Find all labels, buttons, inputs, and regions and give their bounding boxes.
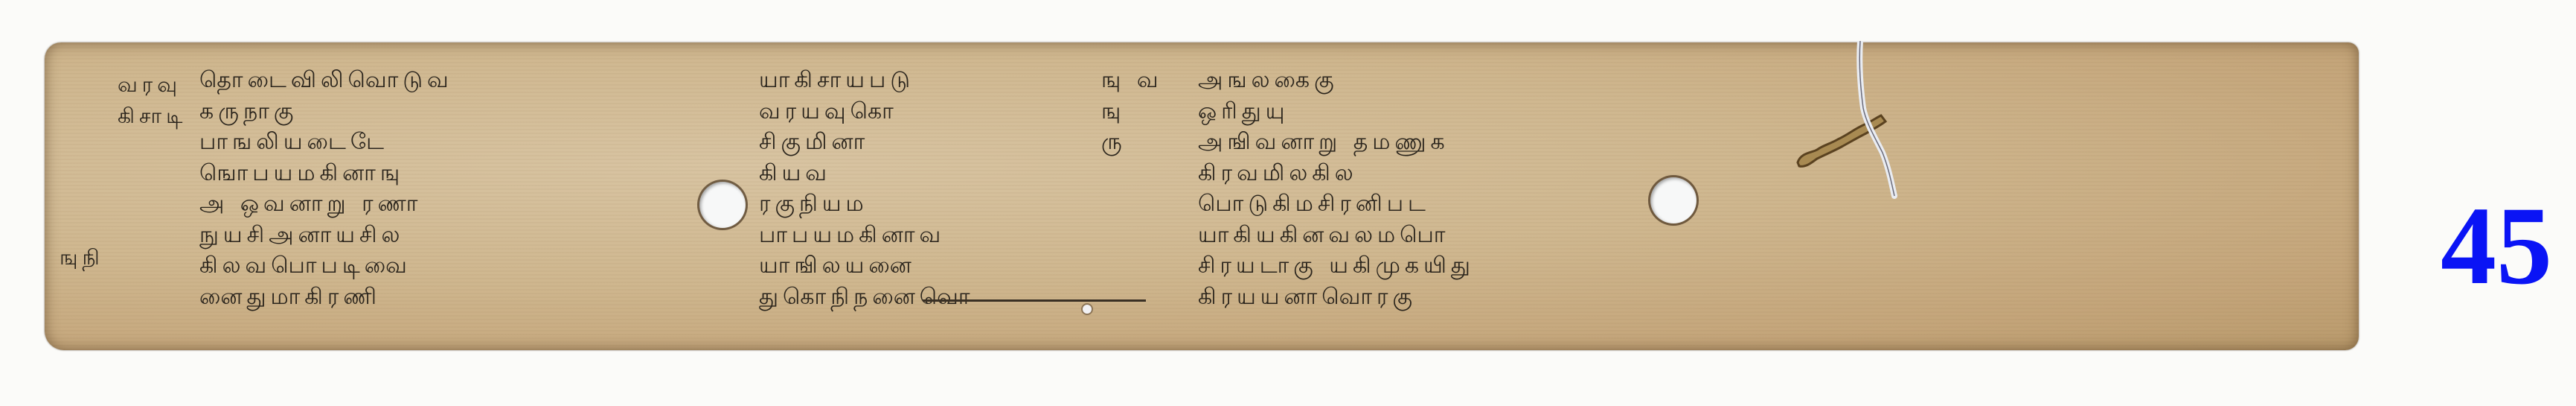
- margin-notes-middle: ஙுநி: [60, 242, 104, 273]
- text-line: கருநாகு: [199, 96, 453, 127]
- margin-note: கிசாடி: [118, 101, 187, 132]
- text-line: ஙு வ: [1101, 65, 1163, 96]
- text-line: ரகுநியம: [759, 188, 975, 220]
- text-line: பாஙலியடைடே: [199, 127, 453, 158]
- pin-hole: [1083, 305, 1092, 314]
- text-line: சிகுமினா: [759, 127, 975, 158]
- text-line: பாபயமகினாவ: [759, 220, 975, 251]
- text-column-3: அஙலகைகு ஒரிதுயு அஙிவனாறு தமணுக கிரவமிலகி…: [1198, 65, 1475, 312]
- palm-leaf: வரவு கிசாடி ஙுநி தொடைவிலிவொடுவ கருநாகு ப…: [45, 42, 2359, 350]
- text-line: பொடுகிமசிரனிபட: [1198, 188, 1475, 220]
- ruled-line: [923, 299, 1146, 302]
- text-column-2: யாகிசாயபடு வரயவுகொ சிகுமினா கியவ ரகுநியம…: [759, 65, 975, 312]
- text-column-1: தொடைவிலிவொடுவ கருநாகு பாஙலியடைடே ஙொபயமகி…: [199, 65, 453, 312]
- string-hole-left: [699, 182, 746, 228]
- text-line: யாஙிலயனை: [759, 250, 975, 282]
- text-line: ஙு: [1101, 96, 1163, 127]
- text-line: அஙலகைகு: [1198, 65, 1475, 96]
- text-line: வரயவுகொ: [759, 96, 975, 127]
- text-line: அ ஒவனாறு ரணா: [199, 188, 453, 220]
- page-number: 45: [2441, 190, 2552, 302]
- text-line: கிரவமிலகில: [1198, 158, 1475, 189]
- margin-note: ஙுநி: [60, 242, 104, 273]
- text-line: நுயசிஅனாயசில: [199, 220, 453, 251]
- text-line: ரு: [1101, 127, 1163, 158]
- text-line: துகொநிநனைவொ: [759, 282, 975, 313]
- text-line: யாகியகினவலமபொ: [1198, 220, 1475, 251]
- text-line: சிரயடாகு யகிமுகயிது: [1198, 250, 1475, 282]
- crack-damage-icon: [1771, 41, 1949, 212]
- text-line: யாகிசாயபடு: [759, 65, 975, 96]
- text-line: ஒரிதுயு: [1198, 96, 1475, 127]
- text-line: னைதுமாகிரணி: [199, 282, 453, 313]
- text-column-4: ஙு வ ஙு ரு: [1101, 65, 1163, 158]
- text-line: தொடைவிலிவொடுவ: [199, 65, 453, 96]
- margin-notes-top: வரவு கிசாடி: [118, 69, 187, 131]
- text-line: அஙிவனாறு தமணுக: [1198, 127, 1475, 158]
- text-line: கிரயயனாவொரகு: [1198, 282, 1475, 313]
- text-line: கியவ: [759, 158, 975, 189]
- string-hole-right: [1650, 177, 1696, 223]
- text-line: ஙொபயமகினாஙு: [199, 158, 453, 189]
- text-line: கிலவபொபடிவை: [199, 250, 453, 282]
- margin-note: வரவு: [118, 69, 187, 101]
